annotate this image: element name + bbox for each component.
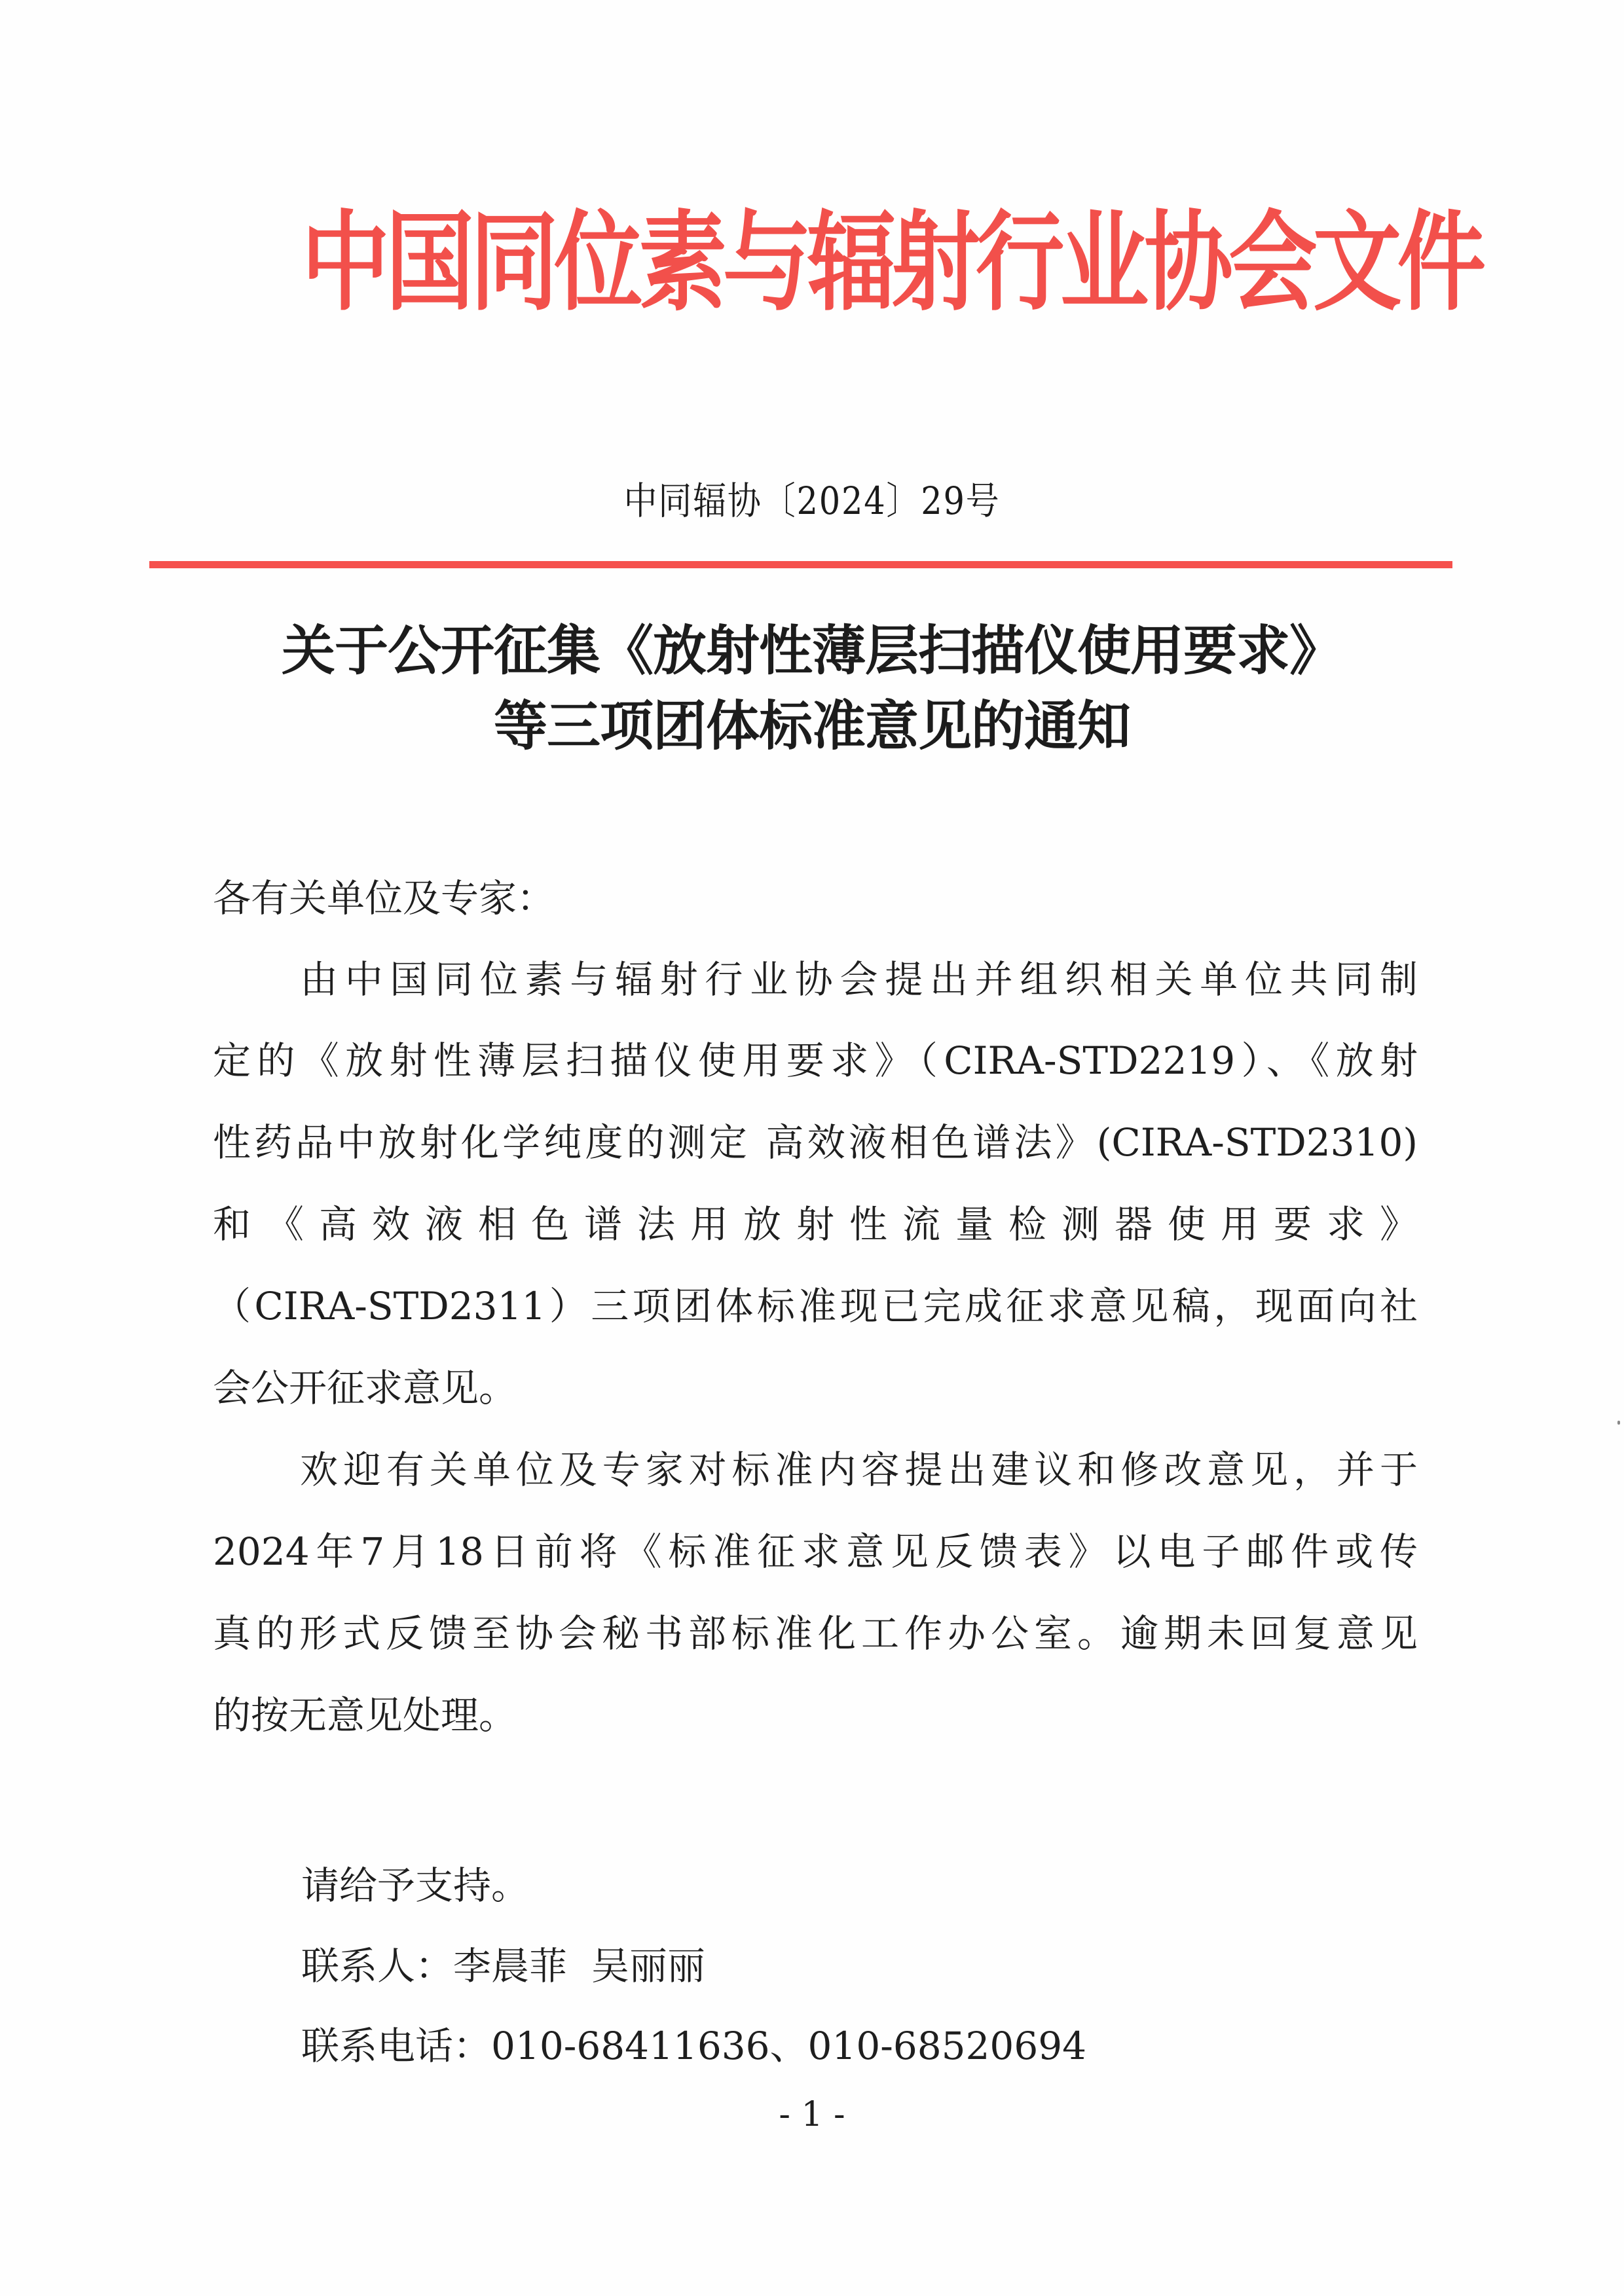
salutation: 各有关单位及专家： <box>213 866 1418 931</box>
closing-request: 请给予支持。 <box>301 1853 1506 1918</box>
paragraph-1-line-4: 和《高效液相色谱法用放射性流量检测器使用要求》 <box>213 1192 1418 1257</box>
contact-persons-label: 联系人： <box>301 1944 453 1988</box>
paragraph-2-line-4: 的按无意见处理。 <box>213 1683 1418 1748</box>
contact-persons: 李晨菲 吴丽丽 <box>453 1944 705 1988</box>
paragraph-2-line-2: 2024年7月18日前将《标准征求意见反馈表》以电子邮件或传 <box>213 1519 1418 1584</box>
paragraph-2-line-3: 真的形式反馈至协会秘书部标准化工作办公室。逾期未回复意见 <box>213 1601 1418 1666</box>
scan-speck <box>1617 1421 1620 1425</box>
contact-persons-row: 联系人：李晨菲 吴丽丽 <box>301 1933 1506 1999</box>
document-number: 中同辐协〔2024〕29号 <box>98 471 1526 530</box>
paragraph-2-line-1: 欢迎有关单位及专家对标准内容提出建议和修改意见，并于 <box>300 1437 1418 1503</box>
paragraph-1-line-3: 性药品中放射化学纯度的测定 高效液相色谱法》(CIRA-STD2310) <box>213 1110 1418 1175</box>
notice-title-line-1: 关于公开征集《放射性薄层扫描仪使用要求》 <box>0 615 1624 687</box>
issuer-masthead: 中国同位素与辐射行业协会文件 <box>301 196 1316 327</box>
notice-title-line-2: 等三项团体标准意见的通知 <box>0 691 1624 763</box>
paragraph-1-line-5: （CIRA-STD2311）三项团体标准现已完成征求意见稿，现面向社 <box>213 1273 1418 1339</box>
contact-phones: 010-68411636、010-68520694 <box>491 2024 1086 2068</box>
document-page: 中国同位素与辐射行业协会文件 中同辐协〔2024〕29号 关于公开征集《放射性薄… <box>0 0 1624 2296</box>
paragraph-1-line-2: 定的《放射性薄层扫描仪使用要求》（CIRA-STD2219）、《放射 <box>213 1028 1418 1093</box>
red-separator-rule <box>149 561 1452 568</box>
page-number: - 1 - <box>0 2088 1624 2141</box>
contact-phone-row: 联系电话：010-68411636、010-68520694 <box>301 2013 1506 2079</box>
paragraph-1-line-1: 由中国同位素与辐射行业协会提出并组织相关单位共同制 <box>300 947 1418 1012</box>
paragraph-1-line-6: 会公开征求意见。 <box>213 1355 1418 1421</box>
contact-phone-label: 联系电话： <box>301 2024 491 2068</box>
